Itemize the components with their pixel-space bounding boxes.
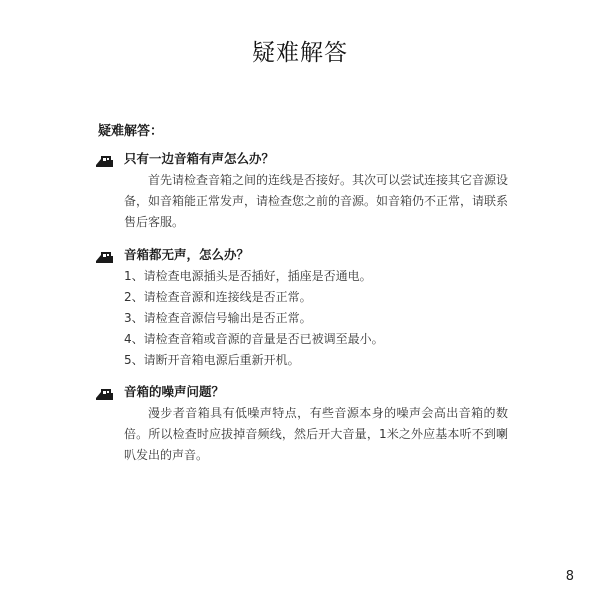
qa-block-noise: 音箱的噪声问题？ 漫步者音箱具有低噪声特点，有些音源本身的噪声会高出音箱的数倍。… [96, 381, 516, 466]
list-item: 4、请检查音箱或音源的音量是否已被调至最小。 [124, 329, 516, 350]
list-item: 1、请检查电源插头是否插好，插座是否通电。 [124, 266, 516, 287]
qa-block-no-sound: 音箱都无声，怎么办？ 1、请检查电源插头是否插好，插座是否通电。 2、请检查音源… [96, 244, 516, 371]
speaker-tool-icon [96, 385, 114, 398]
qa-question-row: 音箱都无声，怎么办？ [96, 244, 516, 264]
list-item: 5、请断开音箱电源后重新开机。 [124, 350, 516, 371]
list-item: 2、请检查音源和连接线是否正常。 [124, 287, 516, 308]
page-title: 疑难解答 [0, 34, 600, 67]
qa-question: 音箱的噪声问题？ [124, 382, 224, 400]
page-number: 8 [566, 569, 574, 584]
qa-question-row: 音箱的噪声问题？ [96, 381, 516, 401]
speaker-tool-icon [96, 152, 114, 165]
section-heading: 疑难解答： [98, 120, 163, 139]
list-item: 3、请检查音源信号输出是否正常。 [124, 308, 516, 329]
qa-question: 音箱都无声，怎么办？ [124, 245, 249, 263]
qa-answer: 漫步者音箱具有低噪声特点，有些音源本身的噪声会高出音箱的数倍。所以检查时应拔掉音… [124, 403, 508, 466]
speaker-tool-icon [96, 248, 114, 261]
qa-question: 只有一边音箱有声怎么办？ [124, 149, 274, 167]
qa-answer: 首先请检查音箱之间的连线是否接好。其次可以尝试连接其它音源设备，如音箱能正常发声… [124, 170, 508, 233]
qa-question-row: 只有一边音箱有声怎么办？ [96, 148, 516, 168]
qa-steps-list: 1、请检查电源插头是否插好，插座是否通电。 2、请检查音源和连接线是否正常。 3… [124, 266, 516, 371]
qa-block-one-side-sound: 只有一边音箱有声怎么办？ 首先请检查音箱之间的连线是否接好。其次可以尝试连接其它… [96, 148, 516, 233]
